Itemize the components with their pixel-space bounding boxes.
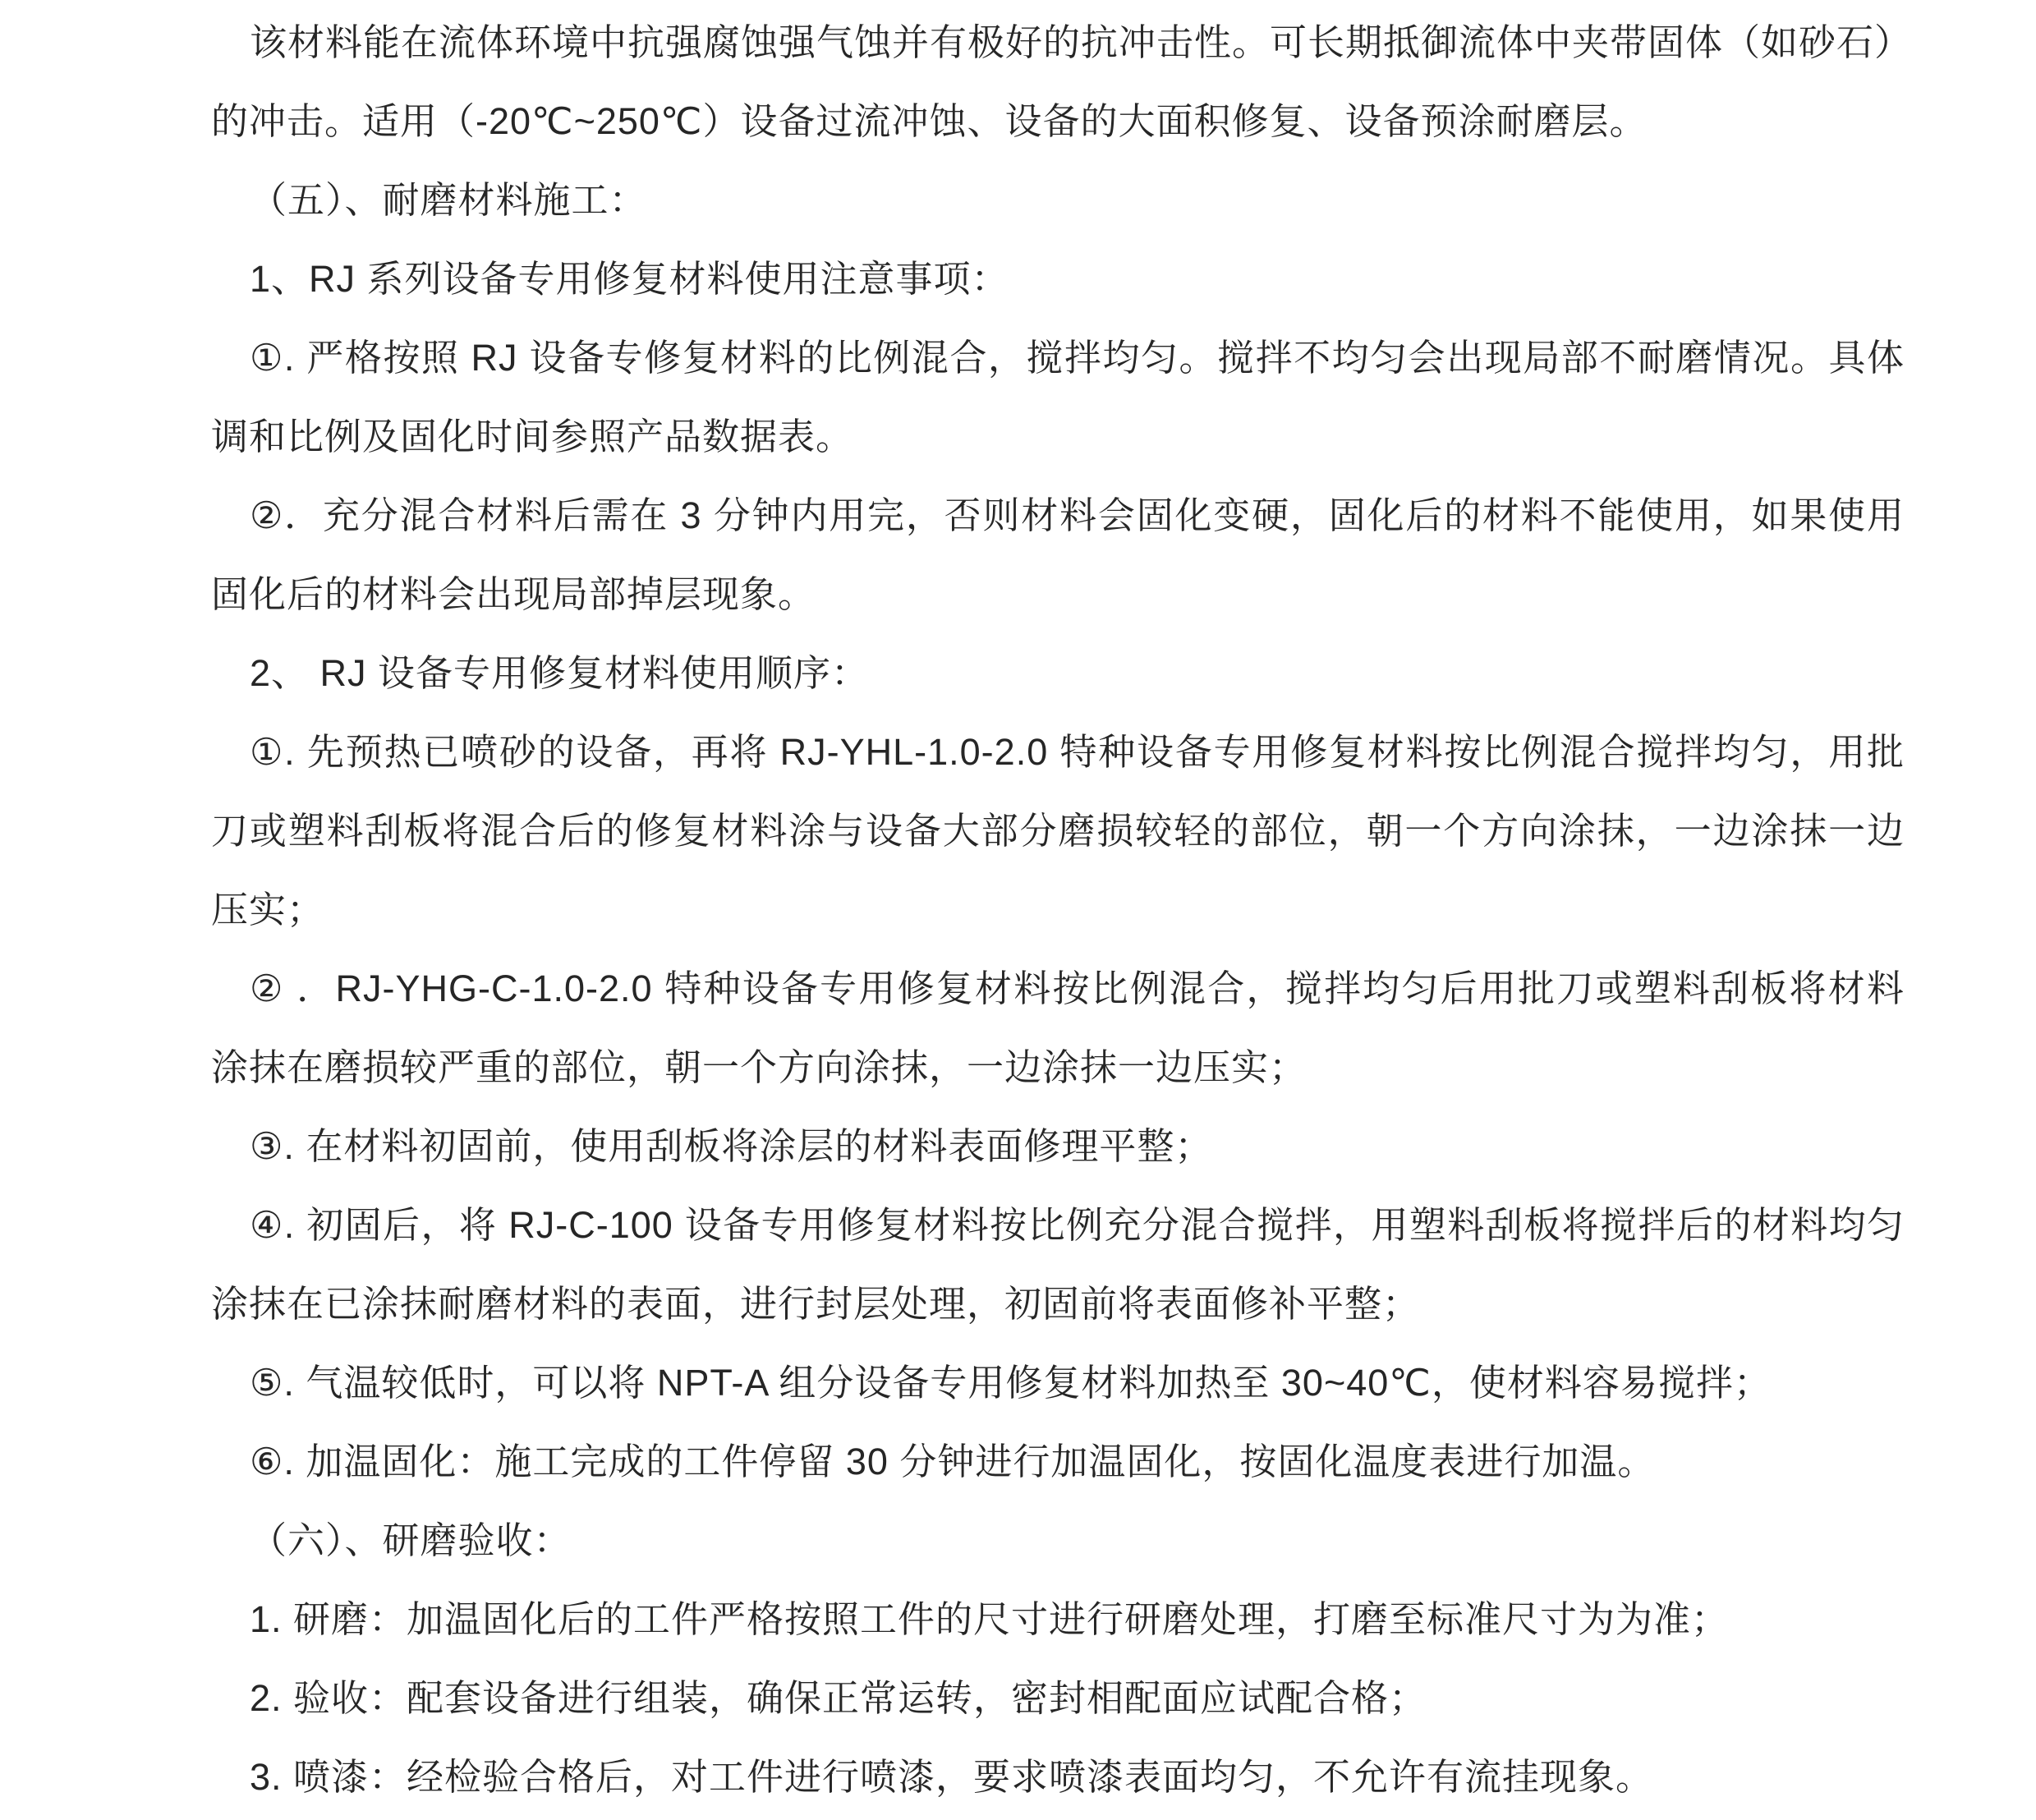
- text-line: ③. 在材料初固前，使用刮板将涂层的材料表面修理平整；: [211, 1107, 1905, 1186]
- text-line: 1. 研磨：加温固化后的工件严格按照工件的尺寸进行研磨处理，打磨至标准尺寸为为准…: [211, 1580, 1905, 1659]
- text-line: ①. 先预热已喷砂的设备，再将 RJ-YHL-1.0-2.0 特种设备专用修复材…: [211, 713, 1905, 792]
- text-line: 压实；: [211, 871, 1905, 949]
- text-line: 2、 RJ 设备专用修复材料使用顺序：: [211, 634, 1905, 713]
- document-body: 该材料能在流体环境中抗强腐蚀强气蚀并有极好的抗冲击性。可长期抵御流体中夹带固体（…: [211, 3, 1905, 1817]
- text-line: 的冲击。适用（-20℃~250℃）设备过流冲蚀、设备的大面积修复、设备预涂耐磨层…: [211, 82, 1905, 161]
- text-line: 调和比例及固化时间参照产品数据表。: [211, 398, 1905, 476]
- text-line: 2. 验收：配套设备进行组装，确保正常运转，密封相配面应试配合格；: [211, 1659, 1905, 1738]
- document-page: 该材料能在流体环境中抗强腐蚀强气蚀并有极好的抗冲击性。可长期抵御流体中夹带固体（…: [0, 0, 2036, 1820]
- text-line: 1、RJ 系列设备专用修复材料使用注意事项：: [211, 240, 1905, 319]
- text-line: 该材料能在流体环境中抗强腐蚀强气蚀并有极好的抗冲击性。可长期抵御流体中夹带固体（…: [211, 3, 1905, 82]
- text-line: 3. 喷漆：经检验合格后，对工件进行喷漆，要求喷漆表面均匀，不允许有流挂现象。: [211, 1738, 1905, 1817]
- text-line: 刀或塑料刮板将混合后的修复材料涂与设备大部分磨损较轻的部位，朝一个方向涂抹，一边…: [211, 792, 1905, 871]
- text-line: 涂抹在磨损较严重的部位，朝一个方向涂抹，一边涂抹一边压实；: [211, 1028, 1905, 1107]
- text-line: ② ．RJ-YHG-C-1.0-2.0 特种设备专用修复材料按比例混合，搅拌均匀…: [211, 949, 1905, 1028]
- text-line: ①. 严格按照 RJ 设备专修复材料的比例混合，搅拌均匀。搅拌不均匀会出现局部不…: [211, 319, 1905, 398]
- text-line: （五）、耐磨材料施工：: [211, 161, 1905, 240]
- text-line: （六）、研磨验收：: [211, 1501, 1905, 1580]
- text-line: ④. 初固后，将 RJ-C-100 设备专用修复材料按比例充分混合搅拌，用塑料刮…: [211, 1186, 1905, 1265]
- text-line: 涂抹在已涂抹耐磨材料的表面，进行封层处理，初固前将表面修补平整；: [211, 1265, 1905, 1344]
- text-line: ⑤. 气温较低时，可以将 NPT-A 组分设备专用修复材料加热至 30~40℃，…: [211, 1344, 1905, 1422]
- text-line: 固化后的材料会出现局部掉层现象。: [211, 555, 1905, 634]
- text-line: ②．充分混合材料后需在 3 分钟内用完，否则材料会固化变硬，固化后的材料不能使用…: [211, 476, 1905, 555]
- text-line: ⑥. 加温固化：施工完成的工件停留 30 分钟进行加温固化，按固化温度表进行加温…: [211, 1422, 1905, 1501]
